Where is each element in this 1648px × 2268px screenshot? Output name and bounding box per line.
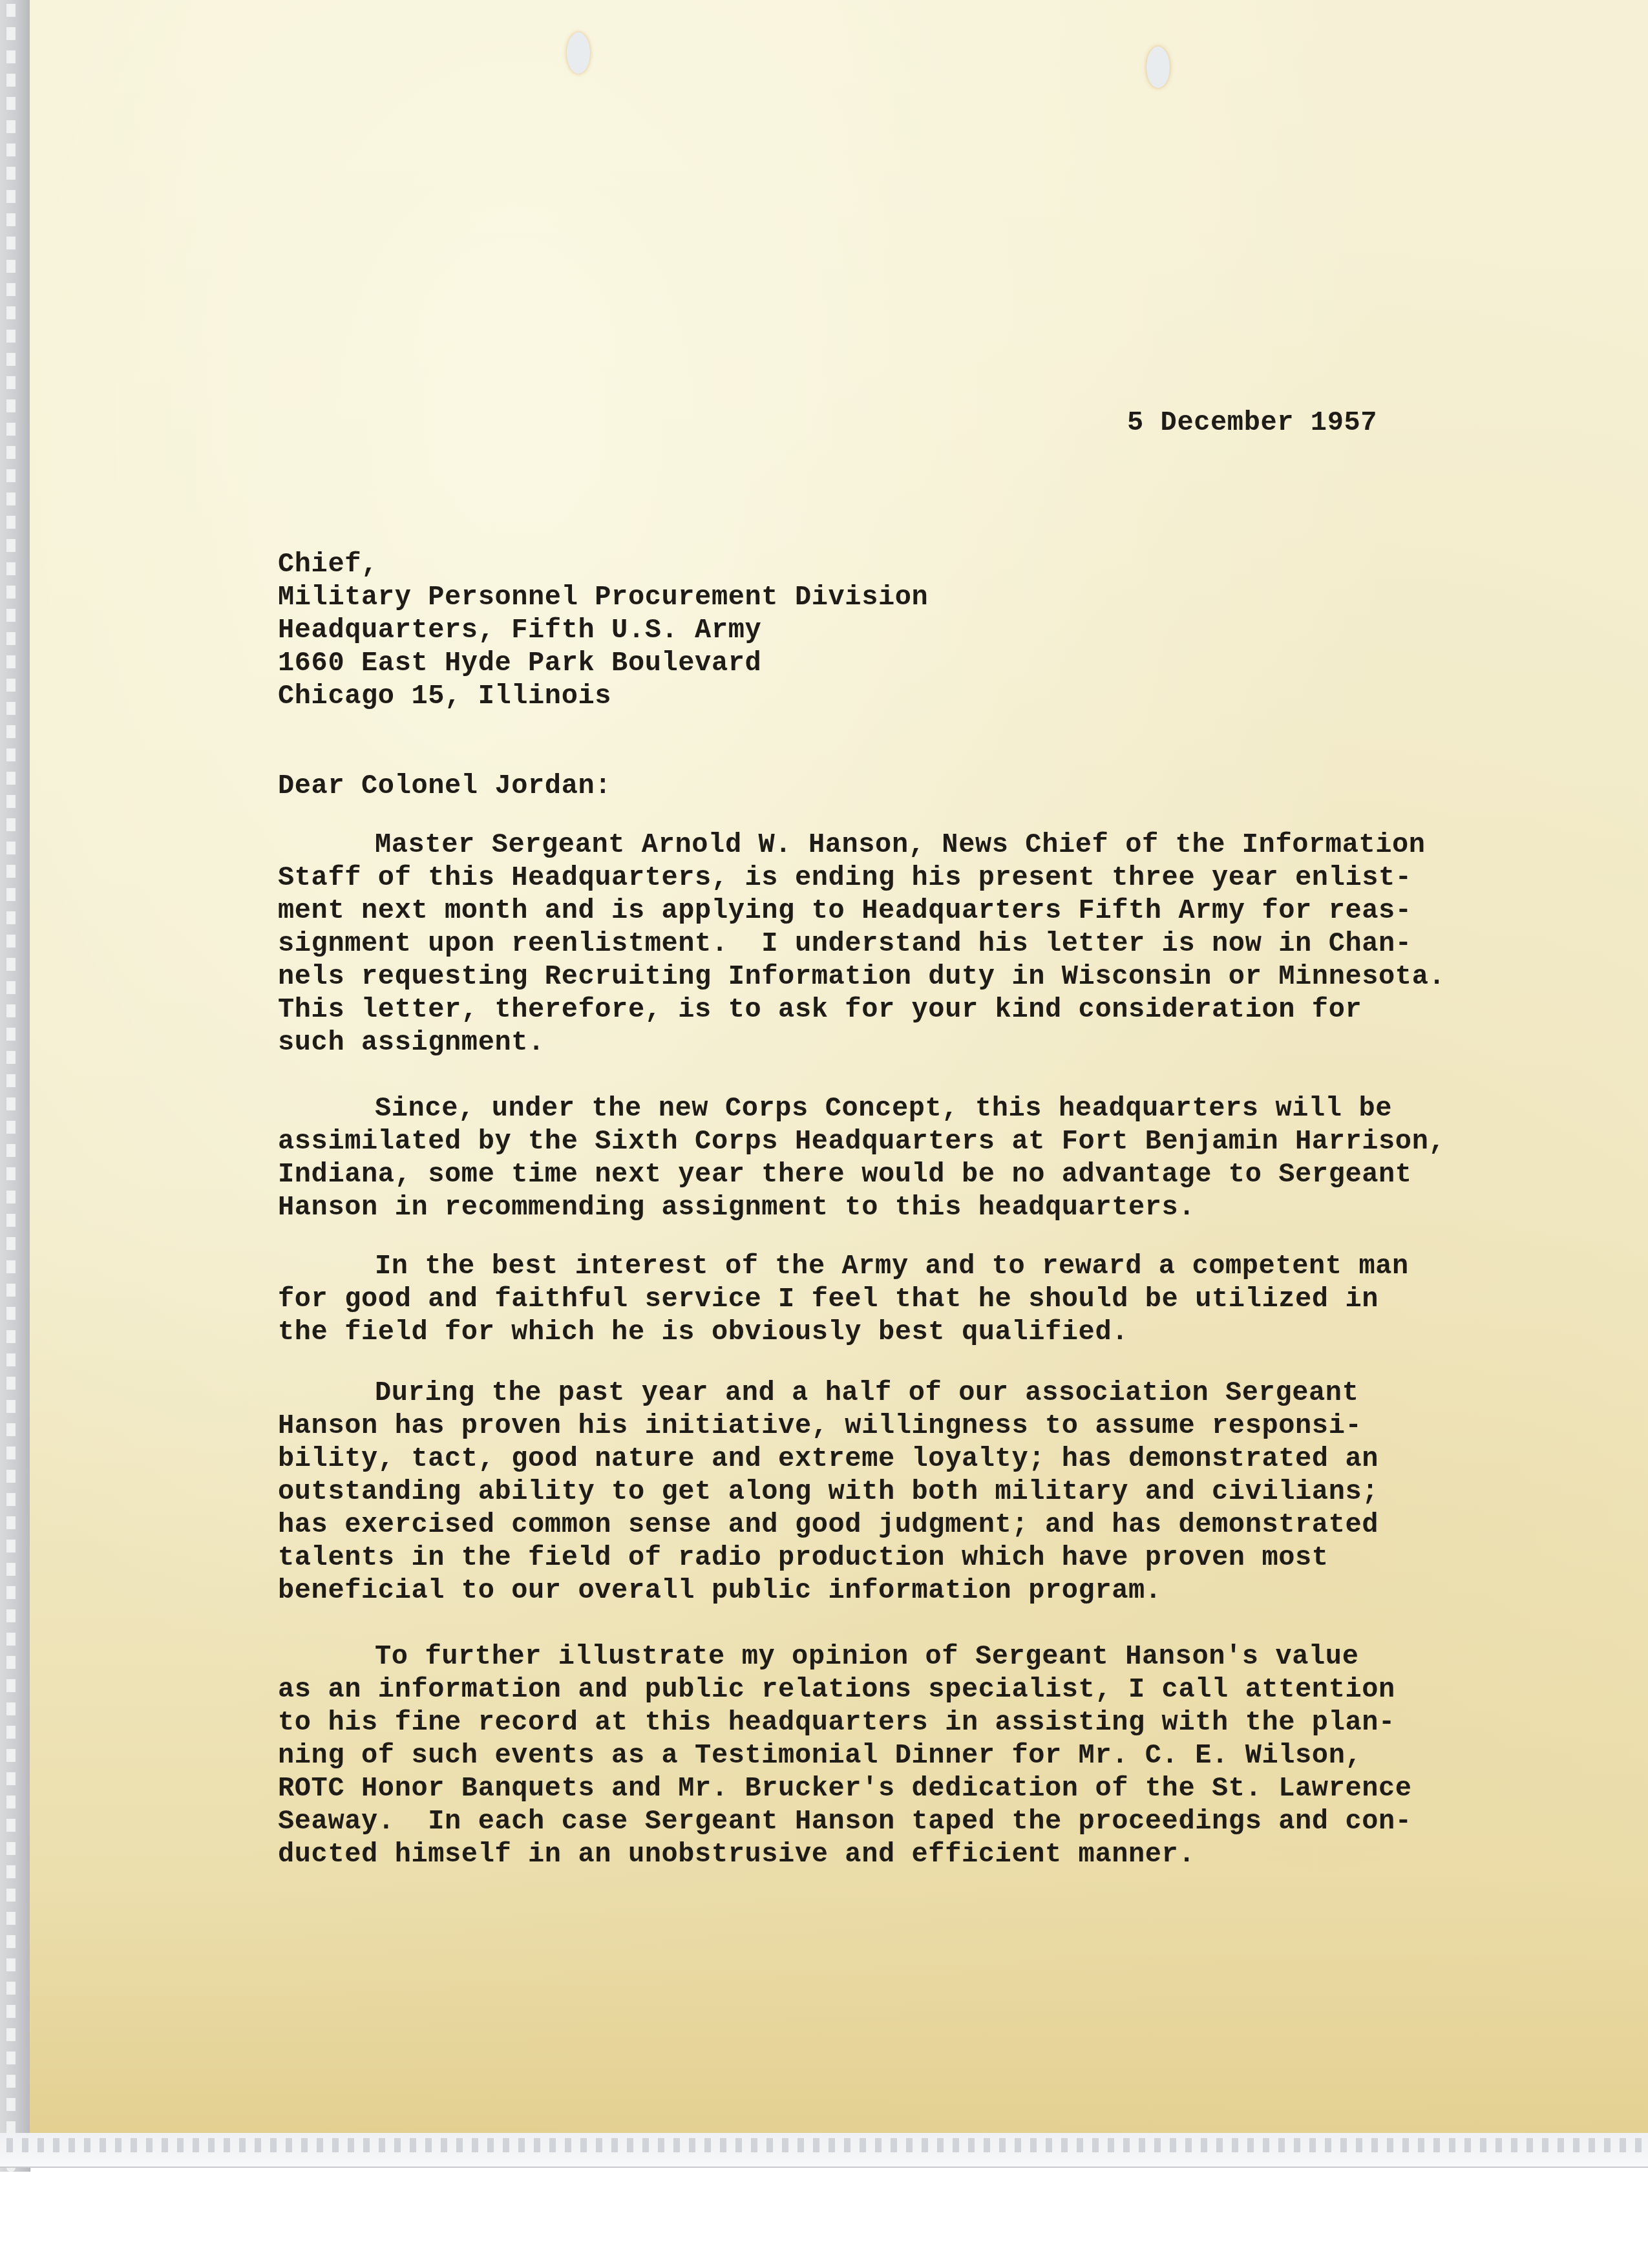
paragraph-line: signment upon reenlistment. I understand… — [278, 927, 1445, 960]
paragraph-line: Indiana, some time next year there would… — [278, 1158, 1445, 1191]
recipient-line: Chief, — [278, 548, 928, 581]
recipient-line: Headquarters, Fifth U.S. Army — [278, 614, 928, 647]
paragraph-line: such assignment. — [278, 1026, 1445, 1059]
paragraph-line: for good and faithful service I feel tha… — [278, 1283, 1409, 1316]
paragraph-line: nels requesting Recruiting Information d… — [278, 960, 1445, 993]
paragraph-line: This letter, therefore, is to ask for yo… — [278, 993, 1445, 1026]
paragraph-2: Since, under the new Corps Concept, this… — [278, 1092, 1445, 1224]
paragraph-line: During the past year and a half of our a… — [278, 1377, 1379, 1410]
paragraph-line: ROTC Honor Banquets and Mr. Brucker's de… — [278, 1772, 1412, 1805]
sheet-protector-bottom-perforations — [0, 2138, 1648, 2152]
paragraph-line: ducted himself in an unobstrusive and ef… — [278, 1838, 1412, 1871]
paragraph-line: Hanson in recommending assignment to thi… — [278, 1191, 1445, 1224]
punch-hole-left — [567, 32, 590, 74]
paragraph-line: talents in the field of radio production… — [278, 1542, 1379, 1574]
recipient-line: Military Personnel Procurement Division — [278, 581, 928, 614]
paragraph-1: Master Sergeant Arnold W. Hanson, News C… — [278, 829, 1445, 1059]
paragraph-line: Since, under the new Corps Concept, this… — [278, 1092, 1445, 1125]
paragraph-line: Hanson has proven his initiative, willin… — [278, 1410, 1379, 1443]
paragraph-line: outstanding ability to get along with bo… — [278, 1476, 1379, 1509]
paragraph-line: In the best interest of the Army and to … — [278, 1250, 1409, 1283]
paragraph-5: To further illustrate my opinion of Serg… — [278, 1640, 1412, 1871]
salutation: Dear Colonel Jordan: — [278, 770, 611, 801]
paragraph-line: Seaway. In each case Sergeant Hanson tap… — [278, 1805, 1412, 1838]
paragraph-line: ning of such events as a Testimonial Din… — [278, 1739, 1412, 1772]
sheet-protector-bottom-edge — [0, 2133, 1648, 2168]
paragraph-line: To further illustrate my opinion of Serg… — [278, 1640, 1412, 1673]
paragraph-line: bility, tact, good nature and extreme lo… — [278, 1443, 1379, 1476]
recipient-address: Chief, Military Personnel Procurement Di… — [278, 548, 928, 713]
paragraph-3: In the best interest of the Army and to … — [278, 1250, 1409, 1349]
recipient-line: 1660 East Hyde Park Boulevard — [278, 647, 928, 680]
paragraph-line: Master Sergeant Arnold W. Hanson, News C… — [278, 829, 1445, 862]
paragraph-line: to his fine record at this headquarters … — [278, 1706, 1412, 1739]
paragraph-line: has exercised common sense and good judg… — [278, 1509, 1379, 1542]
paragraph-line: the field for which he is obviously best… — [278, 1316, 1409, 1349]
paragraph-4: During the past year and a half of our a… — [278, 1377, 1379, 1607]
paragraph-line: assimilated by the Sixth Corps Headquart… — [278, 1125, 1445, 1158]
paragraph-line: Staff of this Headquarters, is ending hi… — [278, 862, 1445, 895]
paragraph-line: beneficial to our overall public informa… — [278, 1574, 1379, 1607]
letter-date: 5 December 1957 — [1127, 407, 1377, 438]
sheet-protector-perforations — [6, 0, 16, 2172]
punch-hole-right — [1146, 47, 1170, 88]
recipient-line: Chicago 15, Illinois — [278, 680, 928, 713]
paragraph-line: as an information and public relations s… — [278, 1673, 1412, 1706]
paragraph-line: ment next month and is applying to Headq… — [278, 895, 1445, 927]
sheet-protector-edge — [0, 0, 30, 2172]
